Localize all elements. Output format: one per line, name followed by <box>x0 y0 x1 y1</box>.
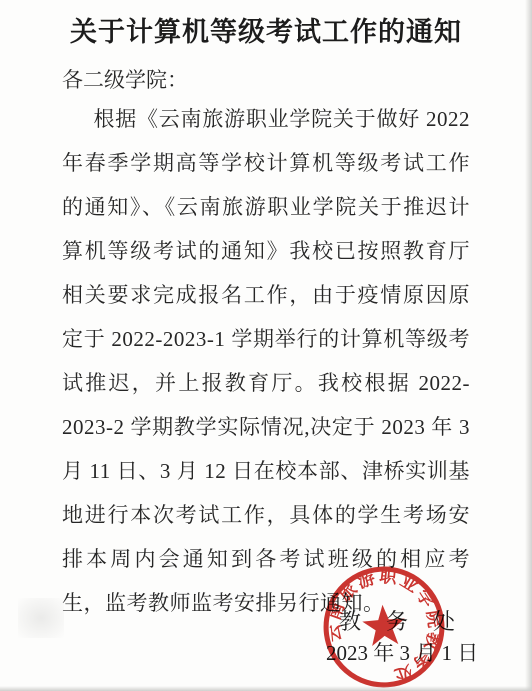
seal-star-icon <box>361 603 406 646</box>
official-seal: 云南旅游职业学院教务处 <box>316 559 453 691</box>
salutation-line: 各二级学院： <box>62 65 470 95</box>
scanned-notice-page: 关于计算机等级考试工作的通知 各二级学院： 根据《云南旅游职业学院关于做好 20… <box>0 0 532 691</box>
scan-edge-right <box>525 0 532 691</box>
scan-smudge <box>18 598 64 638</box>
document-title: 关于计算机等级考试工作的通知 <box>0 0 532 51</box>
scan-edge-bottom <box>0 686 532 691</box>
notice-body-paragraph: 根据《云南旅游职业学院关于做好 2022 年春季学期高等学校计算机等级考试工作的… <box>62 97 470 625</box>
